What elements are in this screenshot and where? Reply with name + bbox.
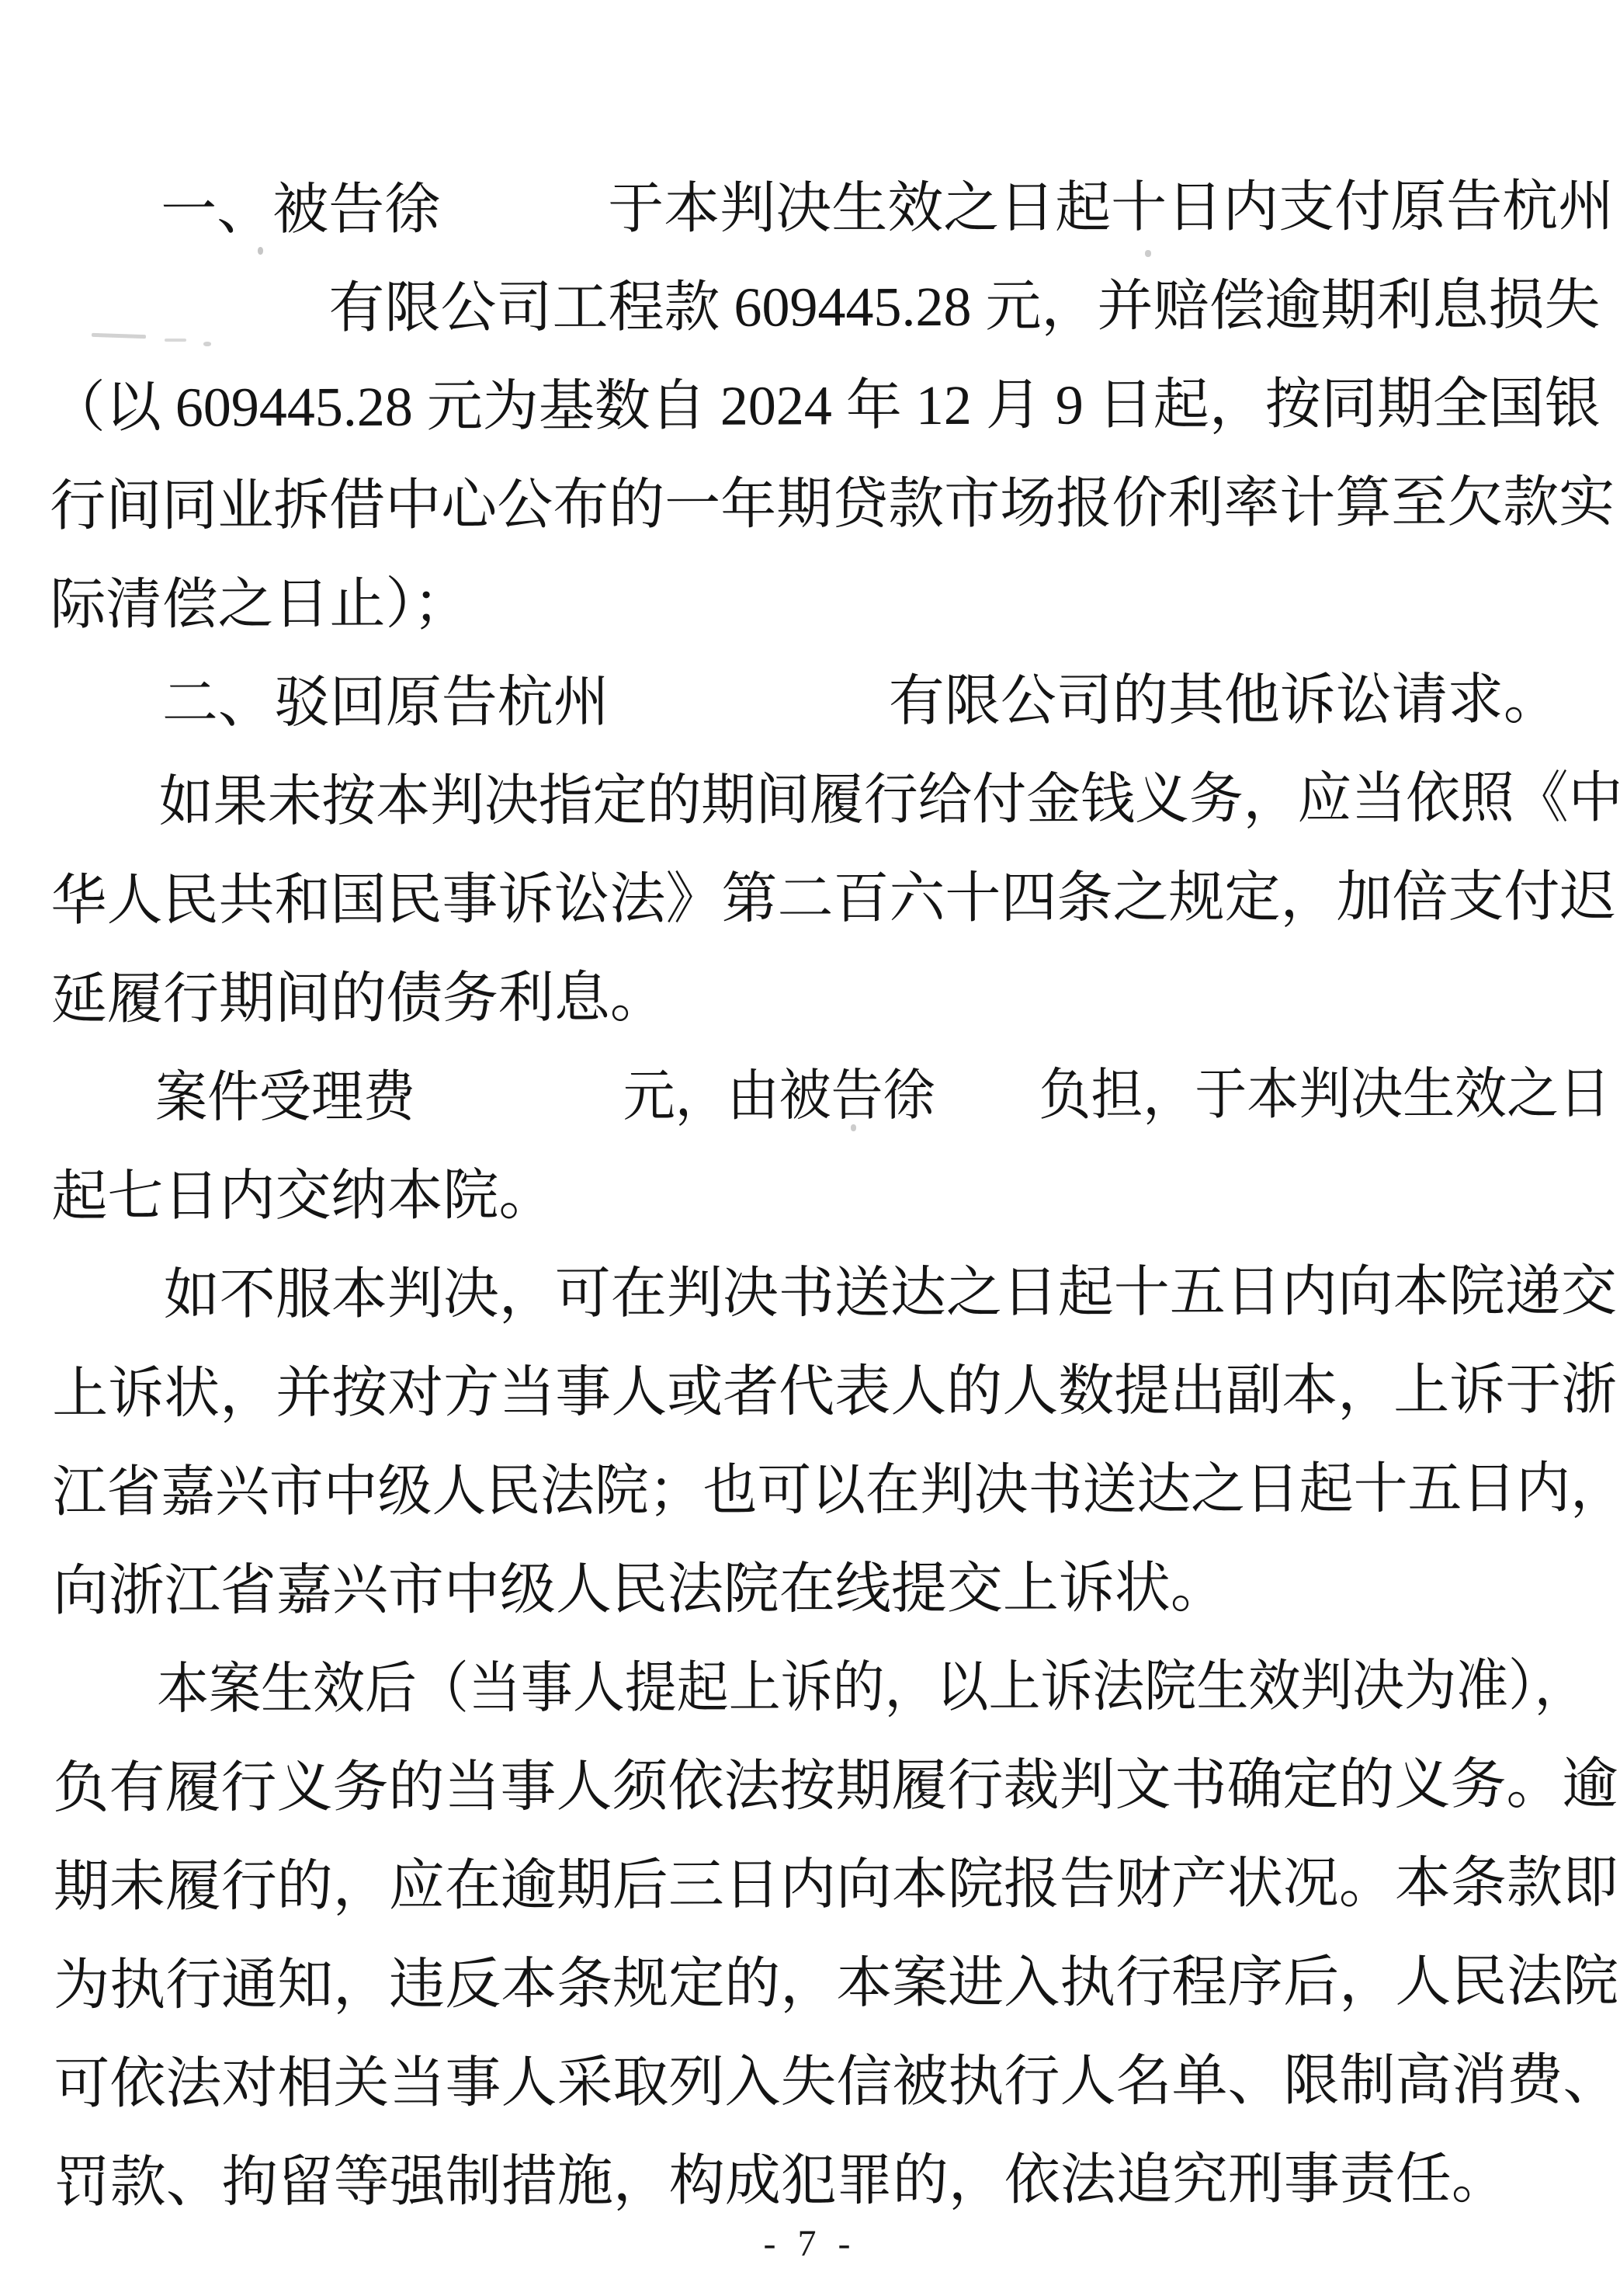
text-line: 如不服本判决，可在判决书送达之日起十五日内向本院递交 <box>52 1242 1597 1345</box>
text-line: 有限公司工程款 609445.28 元，并赔偿逾期利息损失 <box>49 256 1594 359</box>
text-line: 本案生效后（当事人提起上诉的，以上诉法院生效判决为准）， <box>53 1637 1490 1739</box>
text-line: 向浙江省嘉兴市中级人民法院在线提交上诉状。 <box>53 1538 1597 1641</box>
text-line: 行间同业拆借中心公布的一年期贷款市场报价利率计算至欠款实 <box>50 453 1594 556</box>
text-line: 华人民共和国民事诉讼法》第二百六十四条之规定，加倍支付迟 <box>50 848 1595 950</box>
text-line: 案件受理费 元，由被告徐 负担，于本判决生效之日 <box>51 1045 1488 1148</box>
judgment-page: 一、被告徐 于本判决生效之日起十日内支付原告杭州 有限公司工程款 609445.… <box>0 0 1620 2296</box>
text-line: （以 609445.28 元为基数自 2024 年 12 月 9 日起，按同期全… <box>50 355 1594 457</box>
judgment-text-block: 一、被告徐 于本判决生效之日起十日内支付原告杭州 有限公司工程款 609445.… <box>49 158 1599 2232</box>
text-line: 可依法对相关当事人采取列入失信被执行人名单、限制高消费、 <box>54 2031 1598 2134</box>
text-line: 际清偿之日止）； <box>50 552 1594 655</box>
text-line: 起七日内交纳本院。 <box>51 1144 1596 1246</box>
text-line: 一、被告徐 于本判决生效之日起十日内支付原告杭州 <box>49 158 1594 260</box>
text-line: 江省嘉兴市中级人民法院；也可以在判决书送达之日起十五日内， <box>52 1440 1551 1542</box>
redaction-artifact <box>851 1124 856 1131</box>
redaction-artifact <box>165 339 186 342</box>
redaction-artifact <box>258 247 263 255</box>
text-line: 负有履行义务的当事人须依法按期履行裁判文书确定的义务。逾 <box>53 1735 1597 1838</box>
text-line: 延履行期间的债务利息。 <box>51 947 1596 1049</box>
redaction-artifact <box>1145 250 1151 257</box>
text-line: 上诉状，并按对方当事人或者代表人的人数提出副本，上诉于浙 <box>52 1341 1597 1443</box>
page-number: - 7 - <box>0 2222 1620 2265</box>
text-line: 为执行通知，违反本条规定的，本案进入执行程序后，人民法院 <box>54 1933 1598 2035</box>
text-line: 二、驳回原告杭州 有限公司的其他诉讼请求。 <box>50 651 1595 753</box>
text-line: 如果未按本判决指定的期间履行给付金钱义务，应当依照《中 <box>50 749 1549 852</box>
text-line: 期未履行的，应在逾期后三日内向本院报告财产状况。本条款即 <box>54 1834 1598 1936</box>
redaction-artifact <box>203 342 211 346</box>
text-line: 罚款、拘留等强制措施，构成犯罪的，依法追究刑事责任。 <box>54 2130 1599 2232</box>
